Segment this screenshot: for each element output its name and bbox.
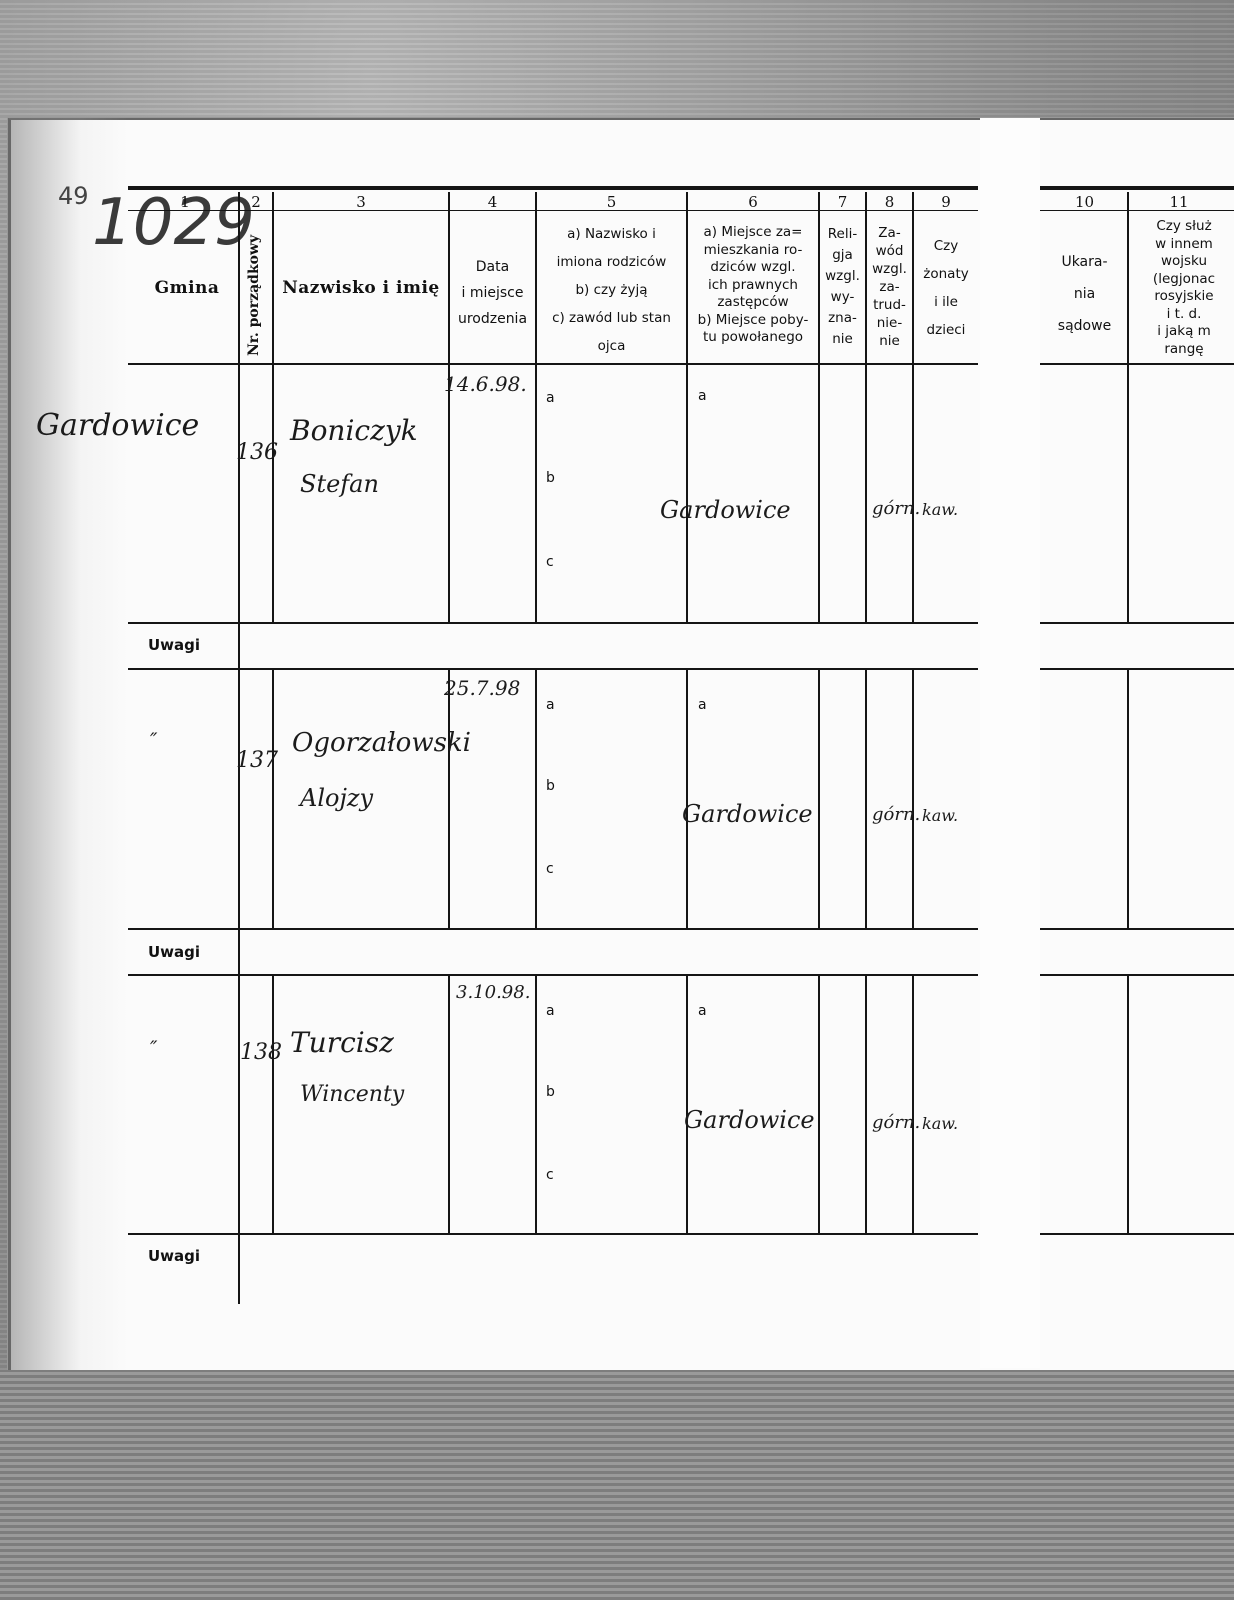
header-line: gja [820, 245, 865, 266]
col-num-10: 10 [1042, 193, 1127, 211]
remarks-label: Uwagi [148, 636, 200, 654]
header-bottom-rule [128, 363, 978, 365]
entry-residence: Gardowice [660, 496, 791, 524]
sub-label-a: a [698, 697, 707, 713]
col-divider-10b [1127, 668, 1129, 930]
remarks-label: Uwagi [148, 1247, 200, 1265]
header-line: wzgl. [820, 266, 865, 287]
entry-surname: Boniczyk [290, 414, 418, 447]
header-ukarania: Ukara- nia sądowe [1042, 246, 1127, 342]
entry-birth-date: 3.10.98. [456, 982, 530, 1003]
entry-occupation: górn. [872, 804, 920, 825]
remarks-label: Uwagi [148, 943, 200, 961]
sub-label-a: a [546, 697, 555, 713]
col-num-4: 4 [450, 193, 535, 211]
entry-marital-status: kaw. [922, 806, 958, 825]
header-zawod: Za- wód wzgl. za- trud- nie- nie [867, 224, 912, 350]
entry-given-name: Stefan [300, 470, 379, 498]
sub-label-b: b [546, 1084, 555, 1100]
header-line: zna- [820, 308, 865, 329]
header-line: sądowe [1042, 310, 1127, 342]
col-divider-4b [535, 668, 537, 930]
sub-label-b: b [546, 470, 555, 486]
entry-surname: Turcisz [290, 1026, 394, 1059]
col-num-7: 7 [820, 193, 865, 211]
col-num-3: 3 [274, 193, 448, 211]
header-line: rosyjskie [1129, 288, 1234, 306]
header-miejsce-zamieszkania: a) Miejsce za= mieszkania ro- dziców wzg… [688, 224, 818, 347]
header-top-rule [128, 186, 978, 190]
col-divider-6c [818, 974, 820, 1235]
header-line: Reli- [820, 224, 865, 245]
entry-marital-status: kaw. [922, 500, 958, 519]
col-divider-7b [865, 668, 867, 930]
row1-bottom-rule-right [1040, 622, 1234, 624]
header-line: Data [450, 254, 535, 280]
header-line: za- [867, 278, 912, 296]
col-num-5: 5 [537, 193, 686, 211]
header-line: i jaką m [1129, 323, 1234, 341]
sub-label-b: b [546, 778, 555, 794]
entry-birth-date: 14.6.98. [444, 372, 527, 396]
entry-nr: 136 [236, 440, 278, 465]
header-line: a) Miejsce za= [688, 224, 818, 242]
header-line: (legjonac [1129, 271, 1234, 289]
header-line: zastępców [688, 294, 818, 312]
entry-gmina: ″ [150, 728, 157, 752]
header-line: wojsku [1129, 253, 1234, 271]
header-line: b) Miejsce poby- [688, 312, 818, 330]
header-line: trud- [867, 296, 912, 314]
header-data-urodzenia: Data i miejsce urodzenia [450, 254, 535, 332]
entry-birth-date: 25.7.98 [444, 676, 520, 700]
header-line: nie- [867, 314, 912, 332]
entry-nr: 138 [240, 1040, 282, 1065]
col-divider-7c [865, 974, 867, 1235]
col-divider-4c [535, 974, 537, 1235]
entry-occupation: górn. [872, 498, 920, 519]
header-line: żonaty [914, 260, 978, 288]
remarks2-bottom-rule-right [1040, 974, 1234, 976]
page-number-pencil: 49 [58, 182, 89, 210]
sub-label-a: a [698, 388, 707, 404]
sub-label-c: c [546, 554, 554, 570]
header-line: tu powołanego [688, 329, 818, 347]
col-num-11: 11 [1129, 193, 1229, 211]
header-bottom-rule-right [1040, 363, 1234, 365]
col-divider-3c [448, 974, 450, 1235]
header-line: wód [867, 242, 912, 260]
header-line: Czy [914, 232, 978, 260]
header-line: Za- [867, 224, 912, 242]
header-line: wzgl. [867, 260, 912, 278]
header-religja: Reli- gja wzgl. wy- zna- nie [820, 224, 865, 350]
header-zonaty: Czy żonaty i ile dzieci [914, 232, 978, 344]
entry-nr: 137 [236, 748, 278, 773]
row2-bottom-rule-right [1040, 928, 1234, 930]
entry-given-name: Wincenty [300, 1082, 404, 1107]
entry-gmina: ″ [150, 1036, 157, 1060]
header-line: nie [820, 329, 865, 350]
col-divider-6b [818, 668, 820, 930]
entry-given-name: Alojzy [300, 784, 373, 812]
row1-bottom-rule [128, 622, 978, 624]
header-gmina: Gmina [138, 280, 236, 297]
header-line: mieszkania ro- [688, 242, 818, 260]
col-divider-10c [1127, 974, 1129, 1235]
col-divider-5c [686, 974, 688, 1235]
header-line: Ukara- [1042, 246, 1127, 278]
col-divider-3b [448, 668, 450, 930]
header-top-rule-right [1040, 186, 1234, 190]
remarks1-bottom-rule-right [1040, 668, 1234, 670]
header-rodzice: a) Nazwisko i imiona rodziców b) czy żyj… [537, 220, 686, 360]
row3-bottom-rule [128, 1233, 978, 1235]
header-line: rangę [1129, 341, 1234, 359]
header-nazwisko-imie: Nazwisko i imię [276, 280, 446, 297]
row3-bottom-rule-right [1040, 1233, 1234, 1235]
header-line: nia [1042, 278, 1127, 310]
page-binding-shadow [8, 118, 128, 1388]
sub-label-a: a [546, 390, 555, 406]
row2-bottom-rule [128, 928, 978, 930]
col-num-9: 9 [914, 193, 978, 211]
entry-surname: Ogorzałowski [292, 728, 471, 758]
sub-label-c: c [546, 861, 554, 877]
entry-marital-status: kaw. [922, 1114, 958, 1133]
header-line: b) czy żyją [537, 276, 686, 304]
header-line: a) Nazwisko i [537, 220, 686, 248]
header-line: i t. d. [1129, 306, 1234, 324]
entry-gmina: Gardowice [36, 408, 199, 443]
col-num-2: 2 [240, 193, 272, 211]
entry-residence: Gardowice [684, 1106, 815, 1134]
col-divider-2c [272, 974, 274, 1235]
header-line: Czy służ [1129, 218, 1234, 236]
header-line: w innem [1129, 236, 1234, 254]
header-line: i ile [914, 288, 978, 316]
header-line: urodzenia [450, 306, 535, 332]
header-line: nie [867, 332, 912, 350]
col-num-6: 6 [688, 193, 818, 211]
header-sluzba-wojskowa: Czy służ w innem wojsku (legjonac rosyjs… [1129, 218, 1234, 358]
sub-label-a: a [698, 1003, 707, 1019]
remarks2-bottom-rule [128, 974, 978, 976]
header-line: ich prawnych [688, 277, 818, 295]
col-num-8: 8 [867, 193, 912, 211]
header-line: dzieci [914, 316, 978, 344]
header-nr-porzadkowy: Nr. porządkowy [246, 222, 262, 356]
sub-label-a: a [546, 1003, 555, 1019]
header-line: dziców wzgl. [688, 259, 818, 277]
remarks1-bottom-rule [128, 668, 978, 670]
col-num-1: 1 [170, 193, 200, 211]
sub-label-c: c [546, 1167, 554, 1183]
entry-occupation: górn. [872, 1112, 920, 1133]
col-divider-8c [912, 974, 914, 1235]
col-divider-8b [912, 668, 914, 930]
header-line: ojca [537, 332, 686, 360]
page-gap [980, 118, 1040, 1368]
header-line: wy- [820, 287, 865, 308]
entry-residence: Gardowice [682, 800, 813, 828]
header-line: c) zawód lub stan [537, 304, 686, 332]
col-divider-2a [272, 192, 274, 624]
scan-bottom-margin [0, 1370, 1234, 1600]
col-divider-2b [272, 668, 274, 930]
header-line: i miejsce [450, 280, 535, 306]
header-line: imiona rodziców [537, 248, 686, 276]
col-divider-5b [686, 668, 688, 930]
